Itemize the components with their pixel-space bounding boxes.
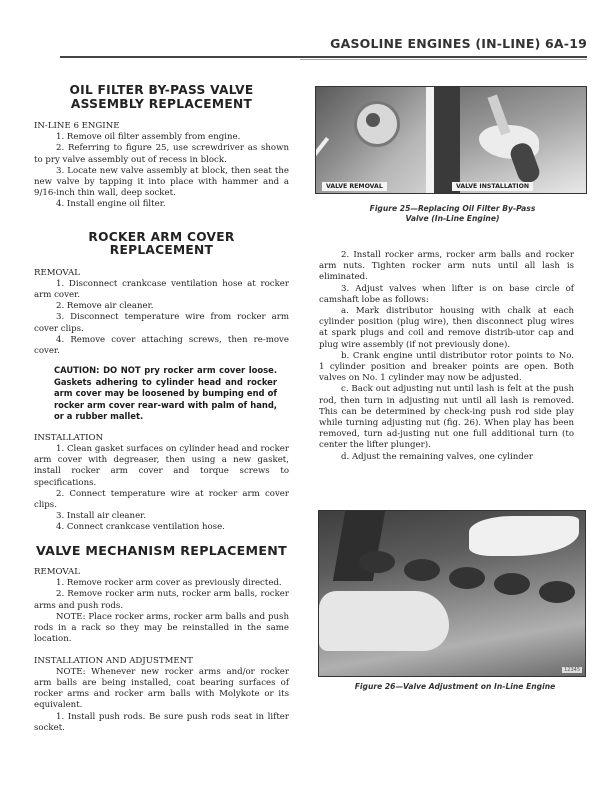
step: a. Mark distributor housing with chalk a…: [319, 306, 574, 351]
step: 3. Adjust valves when lifter is on base …: [319, 284, 574, 306]
step: 2. Referring to figure 25, use screwdriv…: [34, 143, 289, 165]
title-line: OIL FILTER BY-PASS VALVE: [34, 84, 289, 98]
step: b. Crank engine until distributor rotor …: [319, 351, 574, 385]
step: 2. Install rocker arms, rocker arm balls…: [319, 250, 574, 284]
title-line: REPLACEMENT: [34, 244, 289, 258]
figure-25-image: VALVE REMOVAL VALVE INSTALLATION: [315, 86, 587, 194]
caution-note: CAUTION: DO NOT pry rocker arm cover loo…: [54, 365, 277, 423]
pane-divider: [426, 87, 434, 193]
valve-installation-photo: [434, 87, 586, 193]
right-column: 2. Install rocker arms, rocker arm balls…: [319, 250, 574, 463]
valve-removal-photo: [316, 87, 426, 193]
figure-code: 12345: [562, 667, 582, 673]
step: d. Adjust the remaining valves, one cyli…: [319, 452, 574, 463]
note: NOTE: Whenever new rocker arms and/or ro…: [34, 667, 289, 712]
header-rule-secondary: [300, 59, 587, 60]
step: 4. Connect crankcase ventilation hose.: [34, 522, 289, 533]
figure-25-caption: Figure 25—Replacing Oil Filter By-Pass V…: [340, 204, 565, 223]
running-header-title: GASOLINE ENGINES (IN-LINE) 6A-19: [330, 36, 587, 51]
section-title-rocker-cover: ROCKER ARM COVER REPLACEMENT: [34, 231, 289, 258]
subhead: REMOVAL: [34, 567, 289, 578]
step: 3. Locate new valve assembly at block, t…: [34, 166, 289, 200]
subhead: REMOVAL: [34, 268, 289, 279]
step: 1. Clean gasket surfaces on cylinder hea…: [34, 444, 289, 489]
caption-line: Valve (In-Line Engine): [340, 214, 565, 224]
step: 4. Install engine oil filter.: [34, 199, 289, 210]
section-title-valve-mechanism: VALVE MECHANISM REPLACEMENT: [34, 544, 289, 558]
subhead: IN-LINE 6 ENGINE: [34, 121, 289, 132]
step: 1. Install push rods. Be sure push rods …: [34, 712, 289, 734]
caption-line: Figure 25—Replacing Oil Filter By-Pass: [340, 204, 565, 214]
step: 1. Remove rocker arm cover as previously…: [34, 578, 289, 589]
figure-26-caption: Figure 26—Valve Adjustment on In-Line En…: [330, 682, 580, 692]
step: 2. Remove air cleaner.: [34, 301, 289, 312]
figure-26-image: 12345: [318, 510, 586, 677]
step: 1. Remove oil filter assembly from engin…: [34, 132, 289, 143]
step: c. Back out adjusting nut until lash is …: [319, 384, 574, 451]
valve-removal-label: VALVE REMOVAL: [322, 182, 387, 191]
step: 1. Disconnect crankcase ventilation hose…: [34, 279, 289, 301]
step: 2. Connect temperature wire at rocker ar…: [34, 489, 289, 511]
left-column: OIL FILTER BY-PASS VALVE ASSEMBLY REPLAC…: [34, 84, 289, 734]
subhead: INSTALLATION AND ADJUSTMENT: [34, 656, 289, 667]
subhead: INSTALLATION: [34, 433, 289, 444]
step: 3. Install air cleaner.: [34, 511, 289, 522]
header-rule: [60, 56, 587, 58]
title-line: ASSEMBLY REPLACEMENT: [34, 98, 289, 112]
step: 2. Remove rocker arm nuts, rocker arm ba…: [34, 589, 289, 611]
step: 4. Remove cover attaching screws, then r…: [34, 335, 289, 357]
section-title-oil-filter: OIL FILTER BY-PASS VALVE ASSEMBLY REPLAC…: [34, 84, 289, 111]
valve-installation-label: VALVE INSTALLATION: [452, 182, 533, 191]
note: NOTE: Place rocker arms, rocker arm ball…: [34, 612, 289, 646]
title-line: ROCKER ARM COVER: [34, 231, 289, 245]
step: 3. Disconnect temperature wire from rock…: [34, 312, 289, 334]
